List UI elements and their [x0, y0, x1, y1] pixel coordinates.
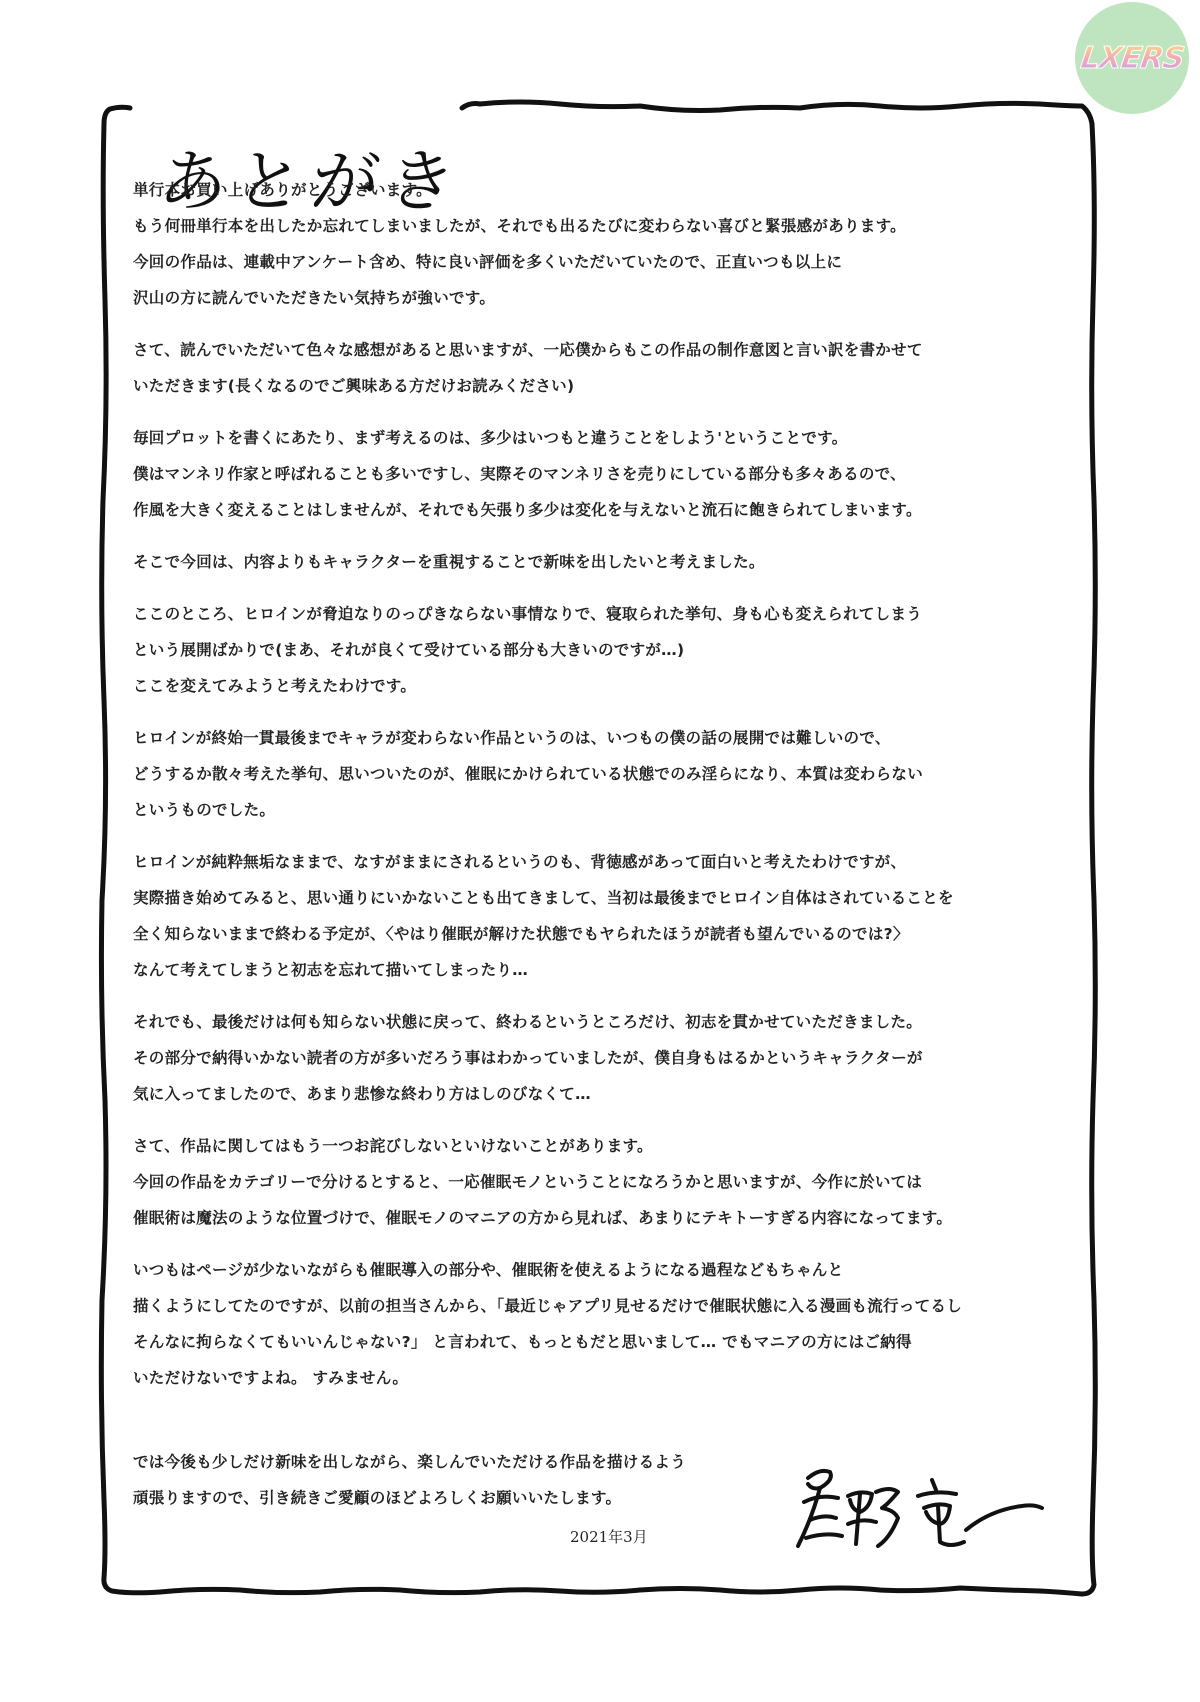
- paragraph: 毎回プロットを書くにあたり、まず考えるのは、多少はいつもと違うことをしよう'とい…: [133, 420, 1083, 528]
- afterword-body: 単行本お買い上げありがとうございます。 もう何冊単行本を出したか忘れてしまいまし…: [133, 172, 1083, 1412]
- text-line: 作風を大きく変えることはしませんが、それでも矢張り多少は変化を与えないと流石に飽…: [133, 492, 1083, 528]
- text-line: という展開ばかりで(まあ、それが良くて受けている部分も大きいのですが…): [133, 632, 1083, 668]
- author-signature: 星野竜一: [790, 1458, 1050, 1558]
- text-line: ヒロインが純粋無垢なままで、なすがままにされるというのも、背徳感があって面白いと…: [133, 844, 1083, 880]
- text-line: 毎回プロットを書くにあたり、まず考えるのは、多少はいつもと違うことをしよう'とい…: [133, 420, 1083, 456]
- date-label: 2021年3月: [570, 1526, 648, 1547]
- text-line: 頑張りますので、引き続きご愛顧のほどよろしくお願いいたします。: [133, 1480, 686, 1516]
- text-line: そこで今回は、内容よりもキャラクターを重視することで新味を出したいと考えました。: [133, 544, 1083, 580]
- paragraph: そこで今回は、内容よりもキャラクターを重視することで新味を出したいと考えました。: [133, 544, 1083, 580]
- text-line: それでも、最後だけは何も知らない状態に戻って、終わるというところだけ、初志を貫か…: [133, 1004, 1083, 1040]
- text-line: いただけないですよね。 すみません。: [133, 1360, 1083, 1396]
- paragraph: ここのところ、ヒロインが脅迫なりのっぴきならない事情なりで、寝取られた挙句、身も…: [133, 596, 1083, 704]
- paragraph: 単行本お買い上げありがとうございます。 もう何冊単行本を出したか忘れてしまいまし…: [133, 172, 1083, 316]
- text-line: さて、読んでいただいて色々な感想があると思いますが、一応僕からもこの作品の制作意…: [133, 332, 1083, 368]
- text-line: そんなに拘らなくてもいいんじゃない?」 と言われて、もっともだと思いまして… で…: [133, 1324, 1083, 1360]
- paragraph: ヒロインが純粋無垢なままで、なすがままにされるというのも、背徳感があって面白いと…: [133, 844, 1083, 988]
- text-line: その部分で納得いかない読者の方が多いだろう事はわかっていましたが、僕自身もはるか…: [133, 1040, 1083, 1076]
- text-line: いただきます(長くなるのでご興味ある方だけお読みください): [133, 368, 1083, 404]
- text-line: 描くようにしてたのですが、以前の担当さんから、「最近じゃアプリ見せるだけで催眠状…: [133, 1288, 1083, 1324]
- text-line: もう何冊単行本を出したか忘れてしまいましたが、それでも出るたびに変わらない喜びと…: [133, 208, 1083, 244]
- text-line: いつもはページが少ないながらも催眠導入の部分や、催眠術を使えるようになる過程など…: [133, 1252, 1083, 1288]
- text-line: 催眠術は魔法のような位置づけで、催眠モノのマニアの方から見れば、あまりにテキトー…: [133, 1200, 1083, 1236]
- watermark-logo-text: LXERS: [1078, 41, 1185, 76]
- paragraph: それでも、最後だけは何も知らない状態に戻って、終わるというところだけ、初志を貫か…: [133, 1004, 1083, 1112]
- text-line: 気に入ってましたので、あまり悲惨な終わり方はしのびなくて…: [133, 1076, 1083, 1112]
- text-line: なんて考えてしまうと初志を忘れて描いてしまったり…: [133, 952, 1083, 988]
- text-line: というものでした。: [133, 792, 1083, 828]
- watermark-badge: LXERS: [1075, 2, 1189, 114]
- text-line: 今回の作品は、連載中アンケート含め、特に良い評価を多くいただいていたので、正直い…: [133, 244, 1083, 280]
- text-line: 僕はマンネリ作家と呼ばれることも多いですし、実際そのマンネリさを売りにしている部…: [133, 456, 1083, 492]
- text-line: ここを変えてみようと考えたわけです。: [133, 668, 1083, 704]
- paragraph: いつもはページが少ないながらも催眠導入の部分や、催眠術を使えるようになる過程など…: [133, 1252, 1083, 1396]
- text-line: さて、作品に関してはもう一つお詫びしないといけないことがあります。: [133, 1128, 1083, 1164]
- paragraph: ヒロインが終始一貫最後までキャラが変わらない作品というのは、いつもの僕の話の展開…: [133, 720, 1083, 828]
- text-line: では今後も少しだけ新味を出しながら、楽しんでいただける作品を描けるよう: [133, 1444, 686, 1480]
- closing-paragraph: では今後も少しだけ新味を出しながら、楽しんでいただける作品を描けるよう 頑張りま…: [133, 1444, 686, 1516]
- text-line: ここのところ、ヒロインが脅迫なりのっぴきならない事情なりで、寝取られた挙句、身も…: [133, 596, 1083, 632]
- text-line: 実際描き始めてみると、思い通りにいかないことも出てきまして、当初は最後までヒロイ…: [133, 880, 1083, 916]
- text-line: 今回の作品をカテゴリーで分けるとすると、一応催眠モノということになろうかと思いま…: [133, 1164, 1083, 1200]
- text-line: どうするか散々考えた挙句、思いついたのが、催眠にかけられている状態でのみ淫らにな…: [133, 756, 1083, 792]
- paragraph: さて、作品に関してはもう一つお詫びしないといけないことがあります。 今回の作品を…: [133, 1128, 1083, 1236]
- paragraph: さて、読んでいただいて色々な感想があると思いますが、一応僕からもこの作品の制作意…: [133, 332, 1083, 404]
- text-line: ヒロインが終始一貫最後までキャラが変わらない作品というのは、いつもの僕の話の展開…: [133, 720, 1083, 756]
- text-line: 単行本お買い上げありがとうございます。: [133, 172, 1083, 208]
- text-line: 沢山の方に読んでいただきたい気持ちが強いです。: [133, 280, 1083, 316]
- text-line: 全く知らないままで終わる予定が、〈やはり催眠が解けた状態でもヤられたほうが読者も…: [133, 916, 1083, 952]
